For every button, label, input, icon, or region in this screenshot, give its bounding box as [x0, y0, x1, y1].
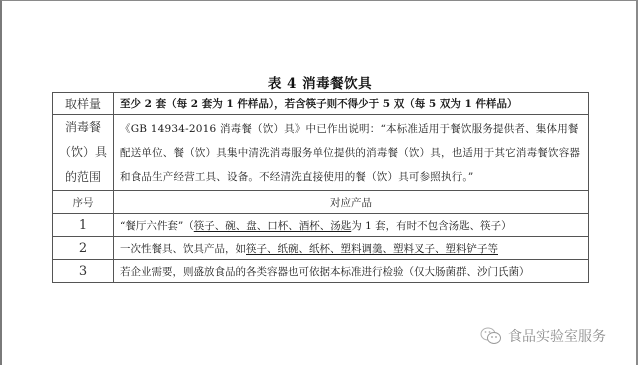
products-underlined: 筷子、纸碗、纸杯、塑料调羹、塑料叉子、塑料铲子等 — [246, 243, 498, 255]
products-underlined: 筷子、碗、盘、口杯、酒杯、汤匙 — [194, 220, 352, 232]
table-row: 2 一次性餐具、饮具产品，如筷子、纸碗、纸杯、塑料调羹、塑料叉子、塑料铲子等 — [53, 237, 589, 260]
scope-label-line: （饮）具 — [59, 140, 107, 165]
sample-quantity-row: 取样量 至少 2 套（每 2 套为 1 件样品），若含筷子则不得少于 5 双（每… — [53, 93, 589, 115]
scope-label: 消毒餐 （饮）具 的范围 — [53, 115, 114, 191]
row-number: 3 — [53, 260, 114, 283]
row-products: 若企业需要，则盛放食品的各类容器也可依据本标准进行检验（仅大肠菌群、沙门氏菌） — [114, 260, 589, 283]
scope-label-line: 的范围 — [59, 165, 107, 190]
sample-quantity-value: 至少 2 套（每 2 套为 1 件样品），若含筷子则不得少于 5 双（每 5 双… — [114, 93, 589, 115]
wechat-icon — [480, 326, 502, 346]
row-number: 2 — [53, 237, 114, 260]
products-prefix: “餐厅六件套”（ — [120, 220, 194, 232]
row-products: 一次性餐具、饮具产品，如筷子、纸碗、纸杯、塑料调羹、塑料叉子、塑料铲子等 — [114, 237, 589, 260]
table-row: 1 “餐厅六件套”（筷子、碗、盘、口杯、酒杯、汤匙为 1 套，有时不包含汤匙、筷… — [53, 214, 589, 237]
header-number: 序号 — [53, 191, 114, 214]
watermark: 食品实验室服务 — [480, 326, 606, 346]
row-products: “餐厅六件套”（筷子、碗、盘、口杯、酒杯、汤匙为 1 套，有时不包含汤匙、筷子） — [114, 214, 589, 237]
disinfected-tableware-table: 取样量 至少 2 套（每 2 套为 1 件样品），若含筷子则不得少于 5 双（每… — [52, 92, 589, 283]
products-prefix: 若企业需要，则盛放食品的各类容器也可依据本标准进行检验（仅大肠菌群、沙门氏菌） — [120, 266, 530, 278]
table-title: 表 4 消毒餐饮具 — [0, 72, 640, 92]
row-number: 1 — [53, 214, 114, 237]
scope-label-line: 消毒餐 — [59, 115, 107, 140]
watermark-text: 食品实验室服务 — [508, 326, 606, 346]
header-row: 序号 对应产品 — [53, 191, 589, 214]
products-suffix: 为 1 套，有时不包含汤匙、筷子） — [351, 220, 511, 232]
scope-value: 《GB 14934-2016 消毒餐（饮）具》中已作出说明：“本标准适用于餐饮服… — [114, 115, 589, 191]
products-prefix: 一次性餐具、饮具产品，如 — [120, 243, 246, 255]
scope-row: 消毒餐 （饮）具 的范围 《GB 14934-2016 消毒餐（饮）具》中已作出… — [53, 115, 589, 191]
sample-quantity-label: 取样量 — [53, 93, 114, 115]
table-row: 3 若企业需要，则盛放食品的各类容器也可依据本标准进行检验（仅大肠菌群、沙门氏菌… — [53, 260, 589, 283]
header-products: 对应产品 — [114, 191, 589, 214]
